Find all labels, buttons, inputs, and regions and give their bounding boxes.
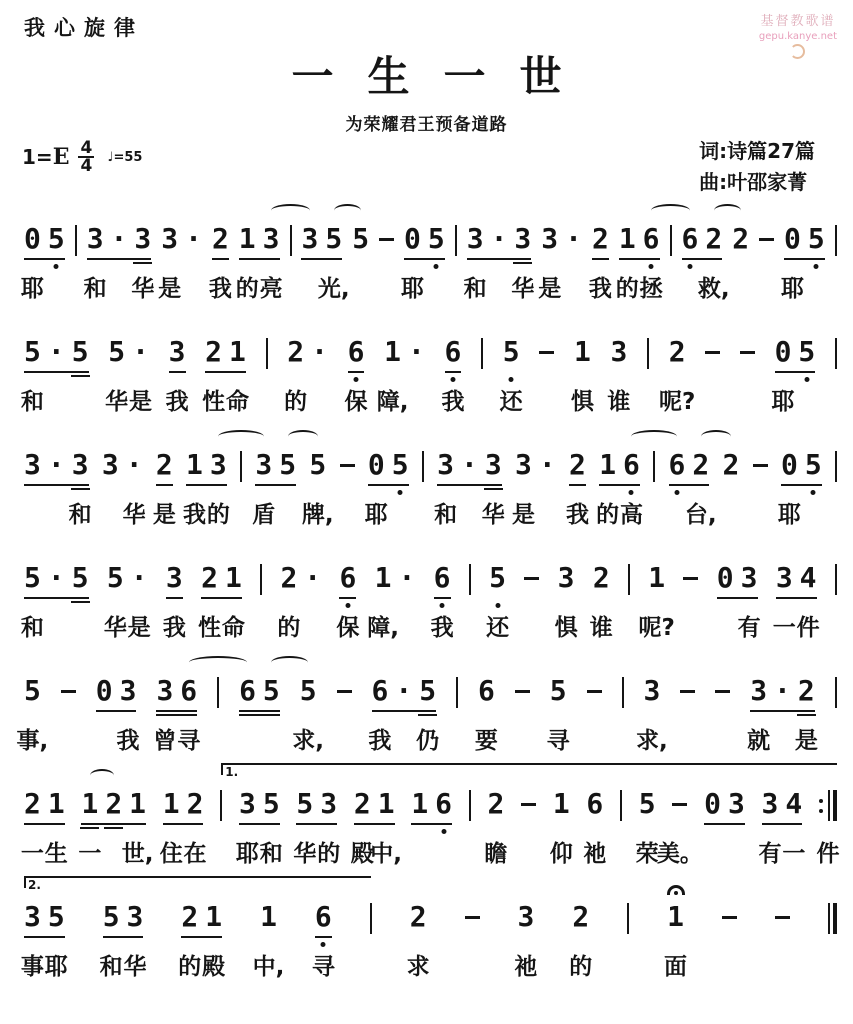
note: 5 [24, 674, 41, 708]
lyric-syllable: 耶 [781, 270, 804, 303]
note: 1 [411, 787, 428, 821]
dot-after-note: · [185, 222, 202, 256]
note: 5 [808, 222, 825, 256]
note: 5 [108, 335, 125, 369]
beam-group: 3·3 [437, 448, 502, 482]
note: 0 [717, 561, 734, 595]
dash [705, 351, 720, 354]
note: 2 [593, 561, 610, 595]
note: 2 [488, 787, 505, 821]
beam-group [835, 674, 837, 708]
lyric-syllable: 我 [183, 496, 206, 529]
barline [240, 451, 242, 482]
lyric-syllable: 耶 [365, 496, 388, 529]
lyric-syllable: 我 [589, 270, 612, 303]
score-line-1: 053·33·213355053·33·21662205耶和华是我的亮光,耶和华… [24, 194, 837, 307]
lyric-syllable: 是 [153, 496, 176, 529]
lyric-syllable: 仰 [550, 835, 573, 868]
notes-row: 5·55·3212·61·6513205 [24, 335, 837, 369]
beam-group: 21 [354, 787, 395, 821]
low-octave-dot [441, 829, 446, 834]
note: 3 [134, 222, 151, 256]
note: 3 [239, 787, 256, 821]
lyric-syllable: 在 [184, 835, 207, 868]
note: 1 [619, 222, 636, 256]
lyric-syllable: 和 [260, 835, 283, 868]
beam-group [465, 900, 480, 919]
dot-after-note: · [126, 448, 143, 482]
dash [340, 464, 355, 467]
lyric-syllable: 我 [368, 722, 391, 755]
lyric-syllable: 一 [782, 835, 805, 868]
note: 5 [309, 448, 326, 482]
dash [379, 238, 394, 241]
beam-group [481, 335, 483, 369]
note: 2 [592, 222, 609, 256]
note: 3 [320, 787, 337, 821]
barline [290, 225, 292, 256]
beam-group [290, 222, 292, 256]
note: 5 [103, 900, 120, 934]
watermark-text: 基督教歌谱 [759, 14, 837, 29]
beam-group: 05 [404, 222, 445, 256]
beam-group: 6 [478, 674, 495, 708]
note: 0 [368, 448, 385, 482]
note: 6 [445, 335, 462, 369]
lyric-syllable: 和 [84, 270, 107, 303]
note: 1 [667, 900, 684, 934]
low-octave-dot [440, 603, 445, 608]
lyric-syllable: 耶 [778, 496, 801, 529]
note: 5 [798, 335, 815, 369]
barline [481, 338, 483, 369]
notes-row: 503366556·56533·2 [24, 674, 837, 708]
beam-group [680, 674, 695, 693]
beam-group: 3 [558, 561, 575, 595]
beam-group [75, 222, 77, 256]
key-letter: E [53, 144, 70, 170]
beam-group [539, 335, 554, 354]
lyric-syllable: 一 [78, 835, 101, 868]
tie-arc [271, 656, 308, 669]
note: 1 [378, 787, 395, 821]
song-subtitle: 为荣耀君王预备道路 [0, 110, 853, 135]
low-octave-dot [398, 490, 403, 495]
lyric-syllable: 保 [345, 383, 368, 416]
beam-group [337, 674, 352, 693]
beam-group: 3 [610, 335, 627, 369]
low-octave-dot [354, 377, 359, 382]
note: 0 [784, 222, 801, 256]
note: 3 [741, 561, 758, 595]
lyric-syllable: 我 [441, 383, 464, 416]
lyric-syllable: 亮 [260, 270, 283, 303]
score-line-3: 3·33·213355053·33·21662205和华是我的盾牌,耶和华是我的… [24, 420, 837, 533]
note: 1 [574, 335, 591, 369]
lyric-syllable: 和 [21, 383, 44, 416]
tie-arc [218, 430, 263, 443]
beam-group [828, 900, 837, 934]
beam-group: 53 [103, 900, 144, 934]
beam-group [775, 900, 790, 919]
low-octave-dot [450, 377, 455, 382]
lyric-syllable: 障, [377, 383, 409, 416]
beam-group: 5 [489, 561, 506, 595]
lyric-syllable: 我 [117, 722, 140, 755]
beam-group: 21 [205, 335, 246, 369]
beam-group [379, 222, 394, 241]
note: 0 [24, 222, 41, 256]
tie-arc [714, 204, 741, 217]
low-octave-dot [687, 264, 692, 269]
note: 6 [339, 561, 356, 595]
low-octave-dot [674, 490, 679, 495]
low-octave-dot [509, 377, 514, 382]
lyric-syllable: 件 [816, 835, 839, 868]
barline [647, 338, 649, 369]
note: 6 [315, 900, 332, 934]
beam-group: 3·3 [24, 448, 89, 482]
beam-group [220, 787, 222, 821]
lyric-syllable: 寻 [177, 722, 200, 755]
dash [337, 690, 352, 693]
beam-group [622, 674, 624, 708]
note: 3 [750, 674, 767, 708]
lyric-syllable: 障, [367, 609, 399, 642]
dot-after-note: · [491, 222, 508, 256]
lyric-syllable: 瞻 [484, 835, 507, 868]
lyric-syllable: 有 [738, 609, 761, 642]
note: 6 [643, 222, 660, 256]
note: 6 [478, 674, 495, 708]
note: 3 [156, 674, 173, 708]
note: 6 [586, 787, 603, 821]
lyrics-row: 耶和华是我的亮光,耶和华是我的拯救,耶 [24, 270, 837, 300]
barline [835, 225, 837, 256]
beam-group: 3 [169, 335, 186, 369]
lyric-syllable: 一 [21, 835, 44, 868]
beam-group: 5 [352, 222, 369, 256]
beam-group [835, 448, 837, 482]
lyric-syllable: 谁 [590, 609, 613, 642]
score: 053·33·213355053·33·21662205耶和华是我的亮光,耶和华… [24, 194, 837, 985]
lyrics-row: 和华是我性命的保障,我还惧谁呢?有一件 [24, 609, 837, 639]
beam-group: 5· [107, 561, 148, 595]
song-title: 一生一世 [0, 44, 853, 104]
beam-group: 1· [375, 561, 416, 595]
beam-group [240, 448, 242, 482]
beam-group [819, 787, 837, 821]
dash [715, 690, 730, 693]
beam-group: 05 [781, 448, 822, 482]
note: 6 [239, 674, 256, 708]
beam-group: 35 [301, 222, 342, 256]
lyric-syllable: 祂 [514, 948, 537, 981]
beam-group: 21 [181, 900, 222, 934]
beam-group [647, 335, 649, 369]
dot-after-note: · [311, 335, 328, 369]
lyric-syllable: 有 [758, 835, 781, 868]
dash [539, 351, 554, 354]
lyric-syllable: 我 [163, 609, 186, 642]
beam-group: 16 [599, 448, 640, 482]
beam-group: 3 [166, 561, 183, 595]
tie-arc [90, 769, 114, 782]
lyric-syllable: 住 [160, 835, 183, 868]
note: 6 [348, 335, 365, 369]
tempo-marking: ♩=55 [107, 150, 142, 165]
note: 0 [775, 335, 792, 369]
beam-group: 3·3 [87, 222, 152, 256]
barline [835, 451, 837, 482]
lyric-syllable: 性 [198, 609, 221, 642]
beam-group: 03 [704, 787, 745, 821]
note: 3 [776, 561, 793, 595]
lyric-syllable: 一 [773, 609, 796, 642]
note: 2 [410, 900, 427, 934]
lyric-syllable: 的 [317, 835, 340, 868]
beam-group: 35 [239, 787, 280, 821]
beam-group: 2· [280, 561, 321, 595]
beam-group [705, 335, 720, 354]
beam-group: 5·5 [24, 561, 89, 595]
lyric-syllable: 我 [209, 270, 232, 303]
dash [680, 690, 695, 693]
lyric-syllable: 事 [21, 948, 44, 981]
beam-group [722, 900, 737, 919]
note: 3 [514, 222, 531, 256]
beam-group: 6 [315, 900, 332, 934]
score-line-6: 21121123553211621650334一生一世,住在耶和华的殿中,瞻仰祂… [24, 759, 837, 872]
lyric-syllable: 牌, [302, 496, 334, 529]
lyric-syllable: 呢? [639, 609, 675, 642]
barline [627, 903, 629, 934]
note: 6 [669, 448, 686, 482]
note: 5 [107, 561, 124, 595]
beam-group: 6 [434, 561, 451, 595]
beam-group: 121 [81, 787, 146, 821]
lyric-syllable: 和 [434, 496, 457, 529]
note: 1 [229, 335, 246, 369]
beam-group: 1 [574, 335, 591, 369]
barline [653, 451, 655, 482]
notes-row: 5·55·3212·61·653210334 [24, 561, 837, 595]
beam-group: 2 [592, 222, 609, 256]
note: 5 [428, 222, 445, 256]
notes-row: 053·33·213355053·33·21662205 [24, 222, 837, 256]
beam-group [370, 900, 372, 934]
tie-arc [701, 430, 731, 443]
lyric-syllable: 华 [511, 270, 534, 303]
lyric-syllable: 美。 [657, 835, 703, 868]
barline [220, 790, 222, 821]
note: 4 [785, 787, 802, 821]
lyric-syllable: 中, [253, 948, 285, 981]
lyric-syllable: 呢? [659, 383, 695, 416]
beam-group: 16 [619, 222, 660, 256]
low-octave-dot [321, 942, 326, 947]
note: 3 [24, 448, 41, 482]
low-octave-dot [649, 264, 654, 269]
note: 1 [163, 787, 180, 821]
note: 3 [169, 335, 186, 369]
note: 2 [705, 222, 722, 256]
beam-group: 21 [24, 787, 65, 821]
beam-group: 3 [643, 674, 660, 708]
note: 5 [263, 674, 280, 708]
note: 1 [225, 561, 242, 595]
beam-group: 21 [201, 561, 242, 595]
dot-after-note: · [774, 674, 791, 708]
beam-group: 12 [163, 787, 204, 821]
note: 2 [692, 448, 709, 482]
lyric-syllable: 是 [129, 383, 152, 416]
dash [672, 803, 687, 806]
lyric-syllable: 是 [128, 609, 151, 642]
lyric-syllable: 救, [698, 270, 730, 303]
note: 6 [682, 222, 699, 256]
lyric-syllable: 求, [292, 722, 324, 755]
beam-group: 03 [96, 674, 137, 708]
lyric-syllable: 华 [293, 835, 316, 868]
beam-group: 35 [24, 900, 65, 934]
note: 3 [102, 448, 119, 482]
note: 1 [48, 787, 65, 821]
beam-group: 53 [296, 787, 337, 821]
note: 6 [180, 674, 197, 708]
lyric-syllable: 华 [482, 496, 505, 529]
dot-after-note: · [111, 222, 128, 256]
lyric-syllable: 殿 [202, 948, 225, 981]
dash [61, 690, 76, 693]
lyric-syllable: 寻 [547, 722, 570, 755]
note: 5 [352, 222, 369, 256]
lyrics-row: 事耶和华的殿中,寻求祂的面 [24, 948, 837, 978]
lyric-syllable: 还 [500, 383, 523, 416]
note: 3 [127, 900, 144, 934]
lyric-syllable: 祂 [583, 835, 606, 868]
dot-after-note: · [395, 674, 412, 708]
beam-group: 2 [156, 448, 173, 482]
note: 1 [186, 448, 203, 482]
beam-group [715, 674, 730, 693]
note: 5 [48, 222, 65, 256]
lyric-syllable: 的 [616, 270, 639, 303]
beam-group: 5 [309, 448, 326, 482]
final-barline [828, 903, 837, 934]
note: 3 [72, 448, 89, 482]
lyric-syllable: 台, [685, 496, 717, 529]
note: 6 [372, 674, 389, 708]
beam-group: 6 [586, 787, 603, 821]
beam-group: 35 [255, 448, 296, 482]
note: 3 [120, 674, 137, 708]
lyric-syllable: 是 [538, 270, 561, 303]
note: 5 [24, 561, 41, 595]
barline [835, 564, 837, 595]
notes-row: 21121123553211621650334 [24, 787, 837, 821]
note: 0 [96, 674, 113, 708]
dot-after-note: · [399, 561, 416, 595]
beam-group [759, 222, 774, 241]
beam-group: 2 [593, 561, 610, 595]
beam-group: 34 [776, 561, 817, 595]
note: 2 [201, 561, 218, 595]
volta-label: 1. [225, 765, 238, 779]
barline [670, 225, 672, 256]
lyric-syllable: 华 [104, 609, 127, 642]
barline [456, 677, 458, 708]
beam-group: 5· [108, 335, 149, 369]
note: 4 [800, 561, 817, 595]
dash [722, 916, 737, 919]
tie-arc [631, 430, 676, 443]
dot-after-note: · [48, 335, 65, 369]
lyric-syllable: 命 [226, 383, 249, 416]
note: 5 [805, 448, 822, 482]
dash [740, 351, 755, 354]
note: 2 [24, 787, 41, 821]
lyric-syllable: 保 [336, 609, 359, 642]
note: 3 [437, 448, 454, 482]
note: 5 [392, 448, 409, 482]
lyric-syllable: 和 [464, 270, 487, 303]
note: 1 [81, 787, 98, 821]
note: 5 [325, 222, 342, 256]
note: 2 [212, 222, 229, 256]
notes-row: 355321162321 [24, 900, 837, 934]
repeat-end-barline [819, 790, 837, 821]
note: 2 [569, 448, 586, 482]
beam-group [670, 222, 672, 256]
watermark-url: gepu.kanye.net [759, 29, 837, 44]
note: 2 [723, 448, 740, 482]
lyric-syllable: 盾 [252, 496, 275, 529]
note: 0 [781, 448, 798, 482]
note: 5 [296, 787, 313, 821]
beam-group: 13 [239, 222, 280, 256]
beam-group: 5·5 [24, 335, 89, 369]
beam-group [627, 900, 629, 934]
lyric-syllable: 荣 [636, 835, 659, 868]
barline [370, 903, 372, 934]
beam-group: 62 [669, 448, 710, 482]
beam-group: 1 [553, 787, 570, 821]
low-octave-dot [629, 490, 634, 495]
note: 6 [434, 561, 451, 595]
lyric-syllable: 的 [207, 496, 230, 529]
note: 3 [166, 561, 183, 595]
beam-group: 05 [24, 222, 65, 256]
note: 2 [798, 674, 815, 708]
note: 1 [205, 900, 222, 934]
beam-group: 2 [569, 448, 586, 482]
lyric-syllable: 还 [486, 609, 509, 642]
lyric-syllable: 耶 [401, 270, 424, 303]
note: 1 [129, 787, 146, 821]
lyric-syllable: 面 [664, 948, 687, 981]
beam-group: 65 [239, 674, 280, 708]
beam-group: 2 [212, 222, 229, 256]
beam-group [422, 448, 424, 482]
note: 3 [517, 900, 534, 934]
score-line-7: 355321162321事耶和华的殿中,寻求祂的面2. [24, 872, 837, 985]
note: 2 [669, 335, 686, 369]
note: 3 [728, 787, 745, 821]
volta-bracket: 2. [24, 876, 371, 900]
lyric-syllable: 拯 [640, 270, 663, 303]
note: 3 [161, 222, 178, 256]
